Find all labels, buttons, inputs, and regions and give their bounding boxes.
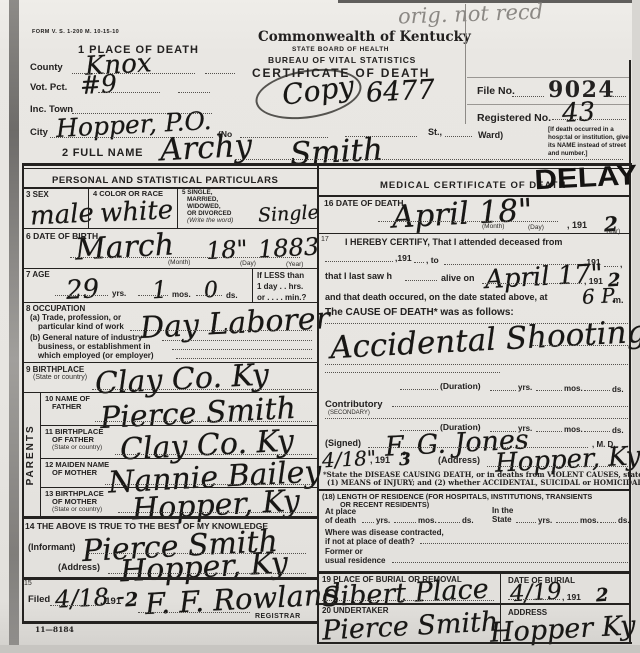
duration1-ds: ds. (612, 385, 624, 394)
duration2-mos: mos. (564, 425, 583, 434)
signed-address-label: (Address) (438, 455, 480, 466)
contracted-blank (420, 543, 628, 544)
father-name-blank (95, 421, 312, 422)
rule-dod (319, 233, 630, 234)
header-divider-line (465, 4, 466, 124)
filed-date-blank (50, 605, 98, 606)
age-months-blank (138, 295, 168, 296)
res-yrs2: yrs. (538, 516, 552, 525)
commonwealth-title: Commonwealth of Kentucky (258, 30, 471, 46)
age-months-value: 1 (151, 276, 168, 305)
city-label: City (30, 127, 48, 138)
rule-row2 (22, 268, 317, 269)
dod-day-sublabel: (Day) (528, 224, 544, 232)
form-code: FORM V. S. 1-200 M. 10-15-10 (32, 29, 119, 35)
contributory-blank2 (325, 418, 628, 419)
former-label-2: usual residence (325, 556, 385, 565)
rule-right-border (629, 60, 631, 642)
duration1-blank3 (584, 390, 610, 391)
cause-blank4 (325, 372, 500, 373)
full-name-blank (235, 159, 623, 160)
father-name-label-2: FATHER (52, 403, 81, 412)
res-blank3 (438, 522, 460, 523)
certify-tail: , (620, 259, 622, 269)
file-no-blank2 (608, 96, 626, 97)
informant-label: (Informant) (28, 542, 76, 553)
occupation-a-label-2: particular kind of work (38, 322, 124, 331)
filed-year-prefix: , 191 (100, 596, 121, 607)
vot-pct-label: Vot. Pct. (30, 82, 67, 93)
bureau-line: BUREAU OF VITAL STATISTICS (268, 55, 416, 65)
burial-date-blank (508, 599, 560, 600)
county-label: County (30, 62, 63, 73)
father-bp-blank (115, 454, 312, 455)
ward-blank (445, 136, 472, 137)
copy-number: 6477 (365, 74, 435, 109)
duration1-blank2 (536, 390, 562, 391)
sex-value: male (29, 198, 94, 231)
occupation-b-blank2 (172, 349, 312, 350)
duration1-mos: mos. (564, 384, 583, 393)
contributory-label: Contributory (325, 399, 383, 410)
file-no-label: File No. (477, 85, 515, 97)
last-seen-blank (482, 283, 582, 284)
delay-stamp: DELAY (534, 158, 638, 197)
signed-date-digit: 3 (398, 450, 411, 471)
age-less-line1: If LESS than (257, 271, 304, 280)
res-mos1: mos. (418, 516, 437, 525)
last-saw-blank (405, 280, 437, 281)
hospital-note: [If death occurred in a hosp:tal or inst… (548, 126, 632, 157)
full-name-label: 2 FULL NAME (62, 147, 143, 160)
pencil-annotation: orig. not recd (398, 0, 544, 29)
alive-on-label: alive on (441, 273, 475, 284)
rule-parents-bottom (22, 516, 317, 519)
occupation-a-blank (130, 330, 312, 331)
filed-year-digit: 2 (124, 589, 138, 612)
burial-place-blank (322, 600, 494, 601)
age-ds-label: ds. (226, 291, 238, 300)
res-yrs1: yrs. (376, 516, 390, 525)
duration1-blank0 (400, 389, 438, 390)
registered-no-blank (552, 119, 626, 120)
rule-informant-bottom (22, 577, 317, 580)
ward-label: Ward) (478, 130, 503, 141)
signed-address-blank (487, 466, 628, 467)
rule-right-bottom (317, 642, 632, 644)
death-occurred-label: and that death occured, on the date stat… (325, 292, 548, 303)
signed-date: 4/18" (321, 446, 376, 473)
rule-left-bottom (22, 621, 317, 624)
vot-blank (98, 92, 160, 93)
rule-race-marital (177, 188, 178, 228)
rule-burial (319, 603, 630, 605)
contracted-label-2: if not at place of death? (325, 537, 415, 546)
age-mos-label: mos. (172, 290, 191, 299)
birthplace-blank (92, 389, 312, 390)
sex-label: 3 SEX (26, 190, 49, 199)
last-saw-label: that I last saw h (325, 271, 392, 282)
dob-day-sublabel: (Day) (240, 260, 256, 268)
age-days-blank (196, 295, 222, 296)
age-yrs-label: yrs. (112, 289, 126, 298)
rule-personal-banner (22, 187, 317, 189)
informant-address-label: (Address) (58, 562, 100, 573)
race-value: white (99, 195, 174, 229)
parents-label: PARENTS (25, 415, 37, 495)
res-ds2: ds. (618, 516, 630, 525)
state-board-line: STATE BOARD OF HEALTH (292, 46, 389, 54)
dob-blank (70, 257, 300, 258)
at-place-label-2: of death (325, 516, 356, 525)
dod-value: April 18" (391, 192, 533, 235)
duration1-label: (Duration) (440, 381, 481, 391)
secondary-label: (SECONDARY) (328, 410, 370, 417)
rule-footnote (319, 489, 630, 491)
registrar-blank (138, 612, 250, 613)
scan-edge-left (9, 0, 19, 653)
registrar-label: REGISTRAR (255, 613, 301, 621)
age-label: 7 AGE (26, 270, 50, 279)
certify-blank1 (325, 261, 393, 262)
county-blank2 (205, 73, 235, 74)
in-the-label-2: State (492, 515, 512, 524)
signed-date-year: , 191 (370, 455, 390, 466)
file-box-line2 (467, 104, 630, 105)
res-mos2: mos. (580, 516, 599, 525)
registered-no-value: 43 (561, 97, 596, 129)
marital-value: Single (257, 201, 319, 226)
dod-blank (378, 221, 558, 222)
cause-blank2 (532, 345, 628, 346)
duration1-blank1 (490, 390, 516, 391)
rule-sex-race (88, 188, 89, 228)
res-ds1: ds. (462, 516, 474, 525)
filed-label: Filed (28, 594, 50, 605)
former-blank (392, 562, 628, 563)
certify-line1: I HEREBY CERTIFY, That I attended deceas… (345, 237, 562, 248)
rule-age-box (252, 268, 253, 302)
footnote-line2: (1) MEANS of INJURY; and (2) whether ACC… (327, 479, 640, 487)
duration2-blank2 (536, 431, 562, 432)
duration1-yrs: yrs. (518, 383, 532, 392)
res-blank1 (362, 522, 374, 523)
mother-name-label-2: OF MOTHER (52, 469, 97, 478)
age-years-blank (55, 295, 108, 296)
birthplace-sublabel: (State or country) (33, 374, 87, 382)
certify-blank2 (414, 262, 424, 263)
occupation-b-label-3: which employed (or employer) (38, 351, 154, 360)
age-days-value: 0 (203, 278, 218, 304)
res-blank5 (556, 522, 578, 523)
dob-month: March (74, 227, 175, 267)
certify-num: 17 (321, 236, 329, 244)
st-label: St., (428, 127, 442, 138)
marital-label-5: (Write the word) (187, 217, 233, 225)
cause-of-death-label: The CAUSE OF DEATH* was as follows: (325, 307, 514, 319)
print-code: 11—8184 (35, 626, 74, 635)
cause-blank3 (325, 364, 628, 365)
dod-month-sublabel: (Month) (482, 223, 504, 231)
dob-month-sublabel: (Month) (168, 259, 190, 267)
mother-bp-sublabel: (State or country) (52, 506, 102, 514)
certify-blank4 (604, 266, 618, 267)
occupation-b-blank1 (162, 340, 312, 341)
full-name-last: Smith (289, 132, 384, 173)
duration2-ds: ds. (612, 426, 624, 435)
certify-to: , to (426, 255, 439, 265)
vot-pct-value: #9 (79, 69, 117, 100)
certify-191a: ,191 (395, 253, 412, 263)
duration2-blank3 (584, 431, 610, 432)
dob-year: 1883 (257, 232, 319, 263)
dod-year-sublabel: Year) (605, 228, 620, 236)
mother-bp-blank (118, 512, 312, 513)
dod-year-prefix: , 191 (567, 220, 587, 231)
rule-residence-bottom (319, 571, 630, 574)
res-blank6 (600, 522, 616, 523)
death-certificate-scan: orig. not recd FORM V. S. 1-200 M. 10-15… (0, 0, 640, 653)
file-no-blank (512, 96, 544, 97)
burial-year-prefix: , 191 (562, 592, 581, 602)
contributory-blank1 (392, 406, 628, 407)
res-blank2 (394, 522, 416, 523)
rule-parents-box (40, 392, 41, 517)
father-bp-sublabel: (State or country) (52, 444, 102, 452)
res-blank4 (516, 522, 536, 523)
age-less-line2: 1 day . . hrs. (257, 282, 303, 291)
cause-value: Accidental Shooting (329, 314, 640, 367)
scan-edge-bottom (0, 645, 640, 653)
registered-no-label: Registered No. (477, 112, 551, 124)
vot-blank2 (178, 92, 210, 93)
informant-address-blank (108, 573, 306, 574)
filed-num: 15 (24, 580, 32, 588)
death-time-m: m. (613, 295, 624, 306)
personal-banner: PERSONAL AND STATISTICAL PARTICULARS (52, 175, 278, 186)
